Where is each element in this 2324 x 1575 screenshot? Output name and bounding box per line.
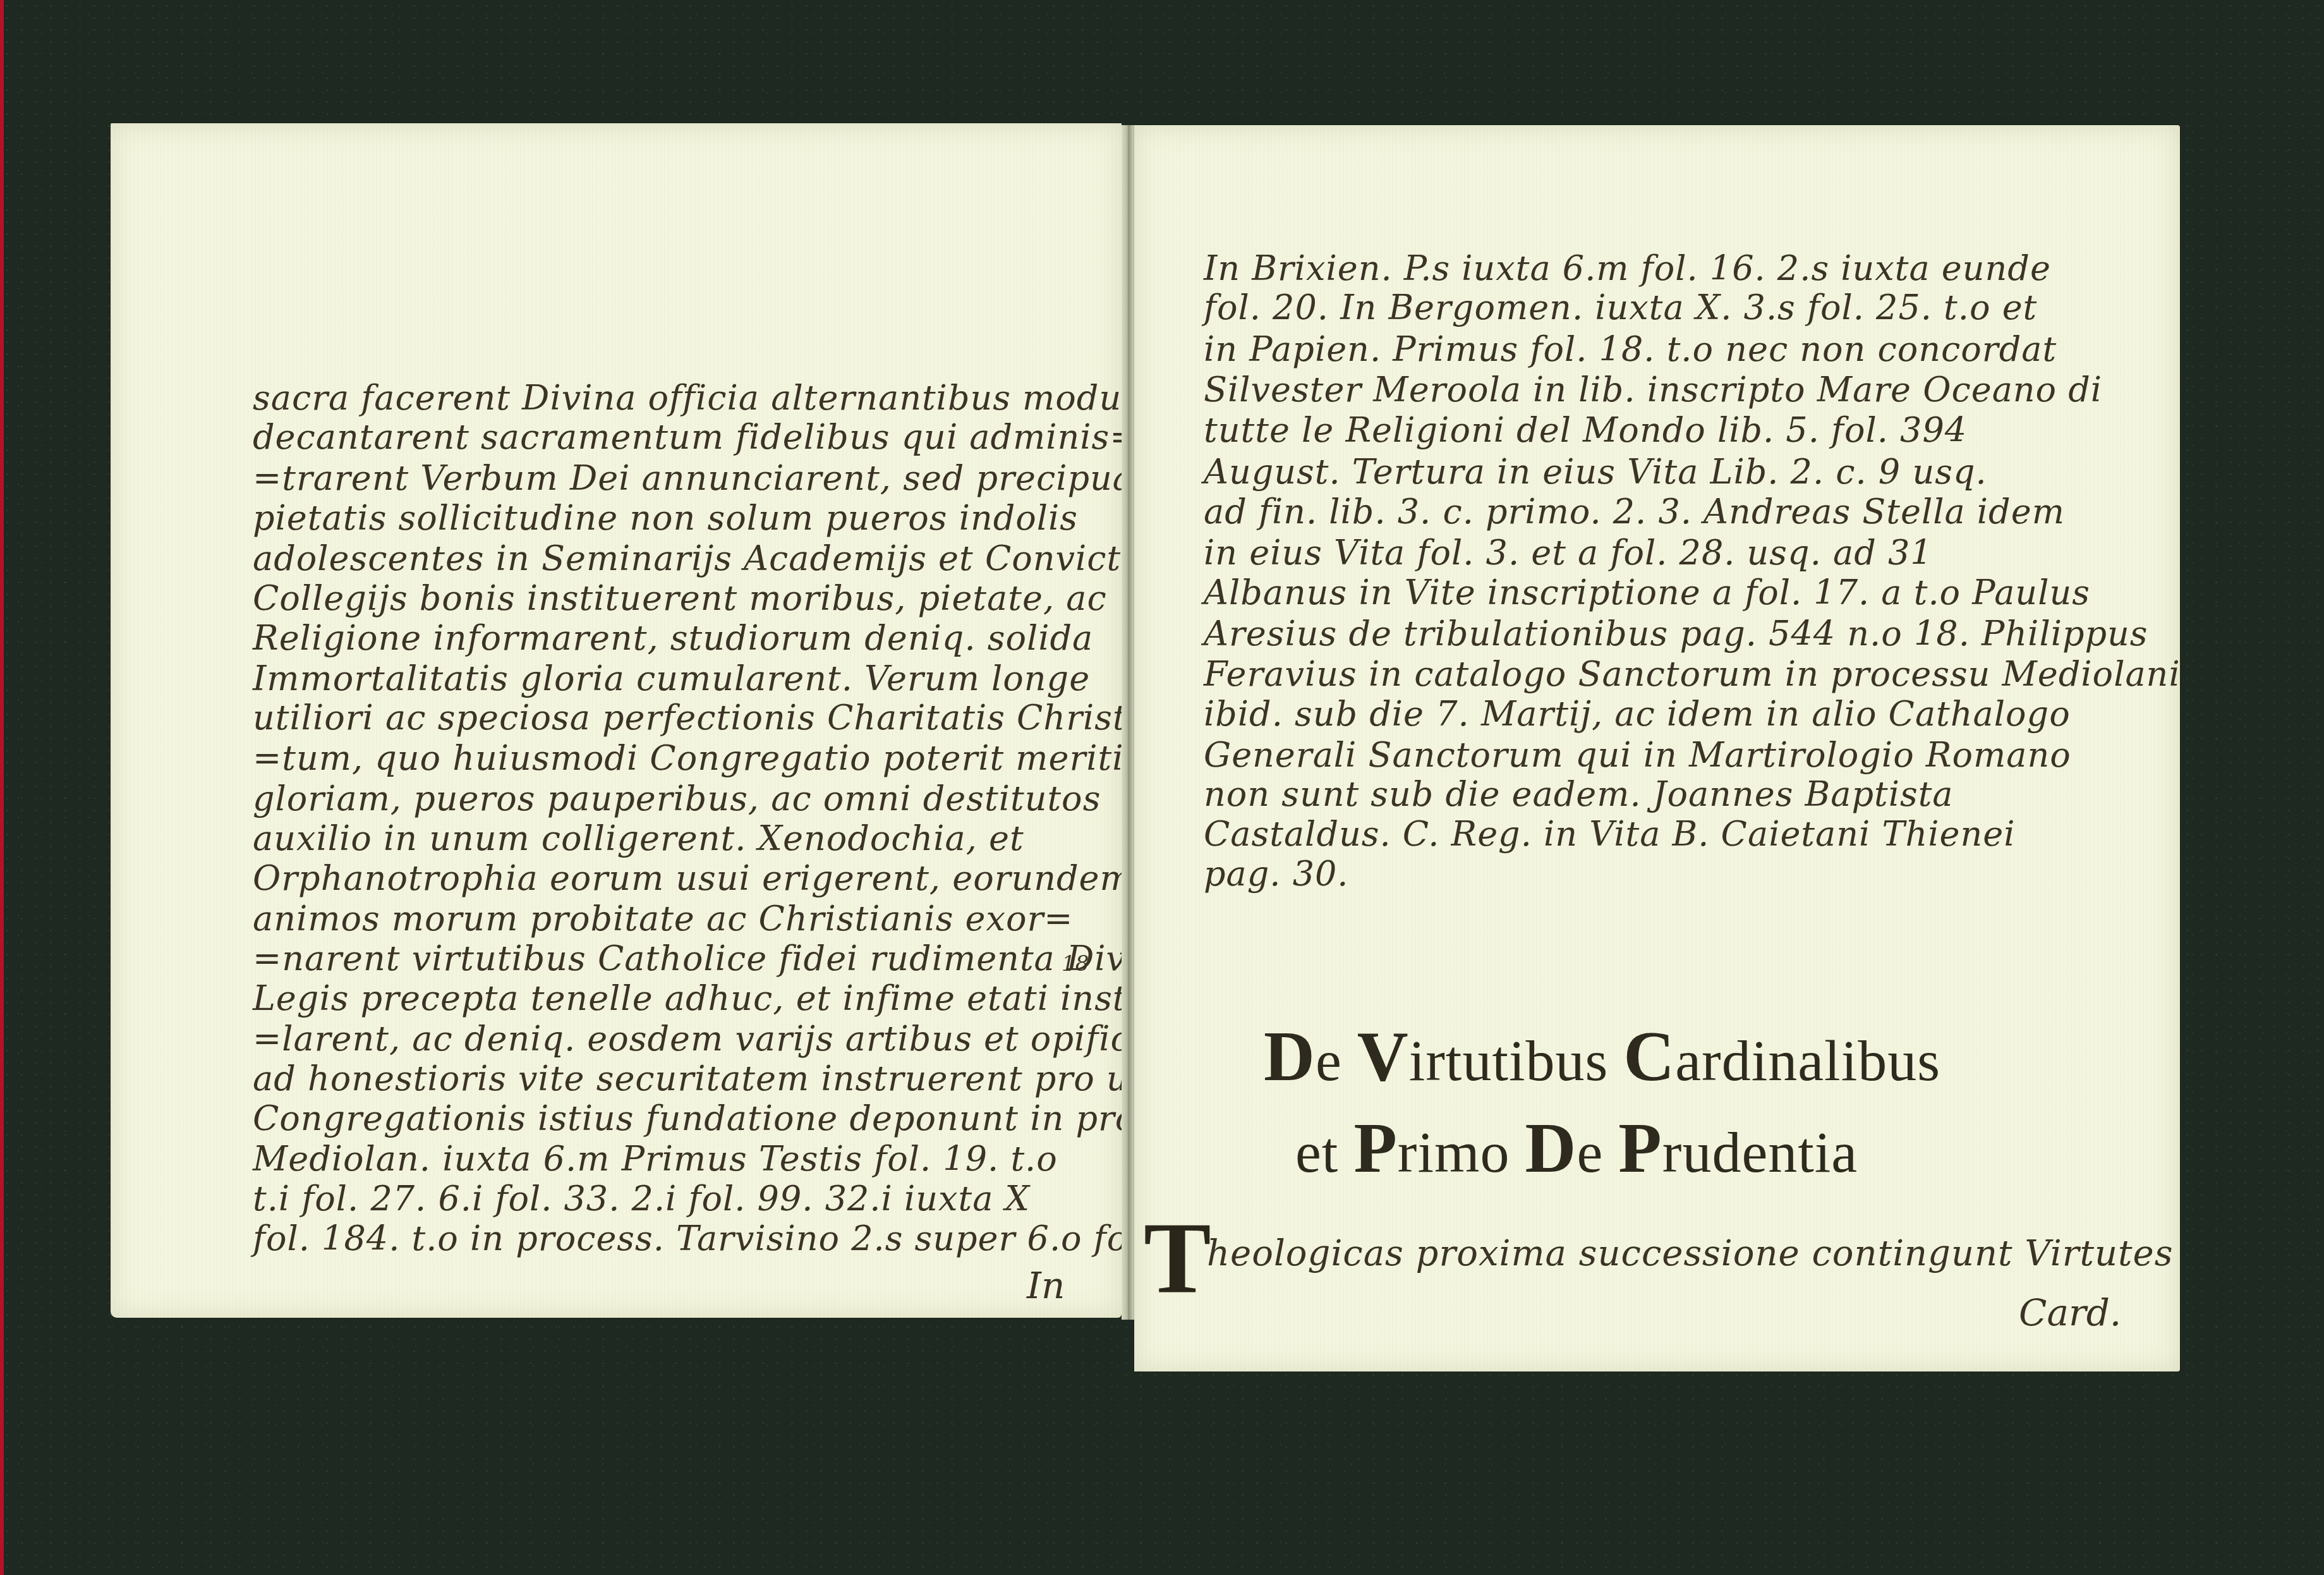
left-line-3: =trarent Verbum Dei annunciarent, sed pr… xyxy=(253,461,1134,496)
left-line-1: sacra facerent Divina officia alternanti… xyxy=(253,381,1163,415)
title-initial: D xyxy=(1525,1109,1577,1188)
right-line-8: in eius Vita fol. 3. et a fol. 28. usq. … xyxy=(1204,536,1933,570)
left-line-16: Legis precepta tenelle adhuc, et infime … xyxy=(253,982,1179,1016)
right-catchword: Card. xyxy=(2019,1291,2121,1334)
left-line-15: =narent virtutibus Catholice fidei rudim… xyxy=(253,942,1181,976)
right-line-1: In Brixien. P.s iuxta 6.m fol. 16. 2.s i… xyxy=(1204,252,2051,286)
right-page: In Brixien. P.s iuxta 6.m fol. 16. 2.s i… xyxy=(1134,125,2180,1371)
title-initial: P xyxy=(1618,1109,1662,1188)
right-line-15: Castaldus. C. Reg. in Vita B. Caietani T… xyxy=(1204,817,2016,851)
right-line-4: Silvester Meroola in lib. inscripto Mare… xyxy=(1204,373,2102,407)
left-line-2: decantarent sacramentum fidelibus qui ad… xyxy=(253,420,1139,454)
body-first-line: heologicas proxima successione contingun… xyxy=(1207,1236,2174,1272)
right-line-5: tutte le Religioni del Mondo lib. 5. fol… xyxy=(1204,413,1967,447)
left-line-18: ad honestioris vite securitatem instruer… xyxy=(253,1062,1198,1096)
title-text: ardinalibus xyxy=(1675,1028,1940,1093)
right-line-13: Generali Sanctorum qui in Martirologio R… xyxy=(1204,738,2071,772)
title-initial: P xyxy=(1353,1109,1397,1188)
left-line-17: =larent, ac deniq. eosdem varijs artibus… xyxy=(253,1022,1171,1056)
left-line-7: Religione informarent, studiorum deniq. … xyxy=(253,621,1093,655)
title-initial: V xyxy=(1357,1018,1409,1096)
right-line-11: Feravius in catalogo Sanctorum in proces… xyxy=(1204,657,2181,691)
left-line-13: Orphanotrophia eorum usui erigerent, eor… xyxy=(253,861,1133,896)
left-line-4: pietatis sollicitudine non solum pueros … xyxy=(253,501,1078,535)
left-line-21: t.i fol. 27. 6.i fol. 33. 2.i fol. 99. 3… xyxy=(253,1182,1030,1216)
drop-cap-initial: T xyxy=(1144,1200,1211,1317)
title-text: et xyxy=(1295,1120,1353,1184)
title-initial: D xyxy=(1264,1018,1316,1096)
scan-edge-strip xyxy=(0,0,4,1575)
right-line-7: ad fin. lib. 3. c. primo. 2. 3. Andreas … xyxy=(1204,495,2065,529)
title-initial: C xyxy=(1623,1018,1675,1096)
left-line-6: Collegijs bonis instituerent moribus, pi… xyxy=(253,581,1107,616)
right-line-2: fol. 20. In Bergomen. iuxta X. 3.s fol. … xyxy=(1204,291,2037,325)
left-line-10: =tum, quo huiusmodi Congregatio poterit … xyxy=(253,741,1124,775)
title-text: rudentia xyxy=(1662,1120,1858,1184)
left-line-11: gloriam, pueros pauperibus, ac omni dest… xyxy=(253,782,1101,816)
left-line-19: Congregationis istius fundatione deponun… xyxy=(253,1102,1225,1136)
book-gutter xyxy=(1122,125,1134,1320)
left-line-22: fol. 184. t.o in process. Tarvisino 2.s … xyxy=(253,1222,1219,1256)
left-line-12: auxilio in unum colligerent. Xenodochia,… xyxy=(253,822,1024,856)
right-line-12: ibid. sub die 7. Martij, ac idem in alio… xyxy=(1204,697,2071,731)
left-line-9: utiliori ac speciosa perfectionis Charit… xyxy=(253,701,1168,735)
section-title-line-2: et Primo De Prudentia xyxy=(1295,1108,1858,1189)
right-line-6: August. Tertura in eius Vita Lib. 2. c. … xyxy=(1204,455,1987,489)
title-text: e xyxy=(1577,1120,1618,1184)
right-line-3: in Papien. Primus fol. 18. t.o nec non c… xyxy=(1204,332,2057,367)
title-text: irtutibus xyxy=(1409,1028,1624,1093)
right-line-10: Aresius de tribulationibus pag. 544 n.o … xyxy=(1204,617,2148,651)
left-catchword: In xyxy=(1027,1264,1065,1307)
right-line-14: non sunt sub die eadem. Joannes Baptista xyxy=(1204,777,1954,812)
left-line-14: animos morum probitate ac Christianis ex… xyxy=(253,902,1074,936)
left-line-20: Mediolan. iuxta 6.m Primus Testis fol. 1… xyxy=(253,1142,1058,1176)
right-line-16: pag. 30. xyxy=(1204,857,1349,891)
left-line-8: Immortalitatis gloria cumularent. Verum … xyxy=(253,662,1090,696)
title-text: e xyxy=(1316,1028,1357,1093)
left-line-5: adolescentes in Seminarijs Academijs et … xyxy=(253,542,1182,576)
margin-note: 18 xyxy=(1062,951,1089,976)
right-line-9: Albanus in Vite inscriptione a fol. 17. … xyxy=(1204,576,2090,610)
left-page: sacra facerent Divina officia alternanti… xyxy=(111,123,1122,1318)
section-title-line-1: De Virtutibus Cardinalibus xyxy=(1264,1016,1940,1098)
title-text: rimo xyxy=(1398,1120,1525,1184)
